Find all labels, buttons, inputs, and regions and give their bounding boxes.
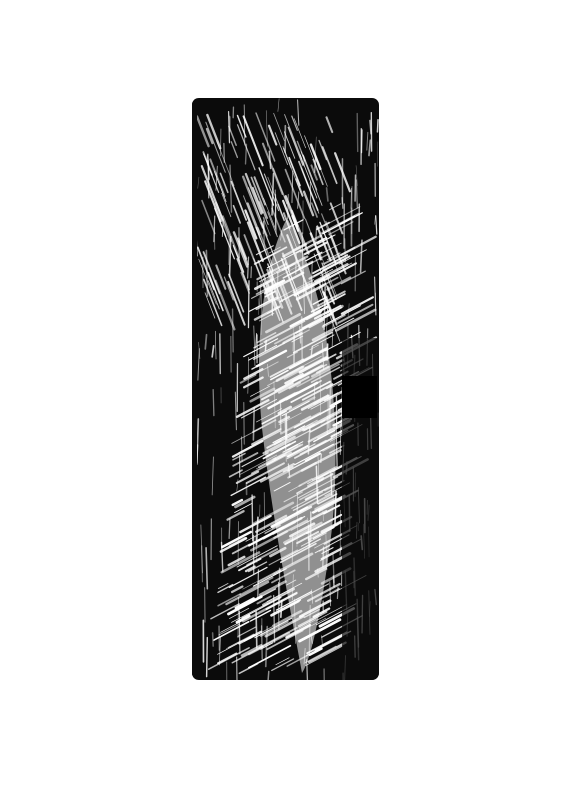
print-texture [192,98,379,680]
woodblock-print [192,98,379,680]
